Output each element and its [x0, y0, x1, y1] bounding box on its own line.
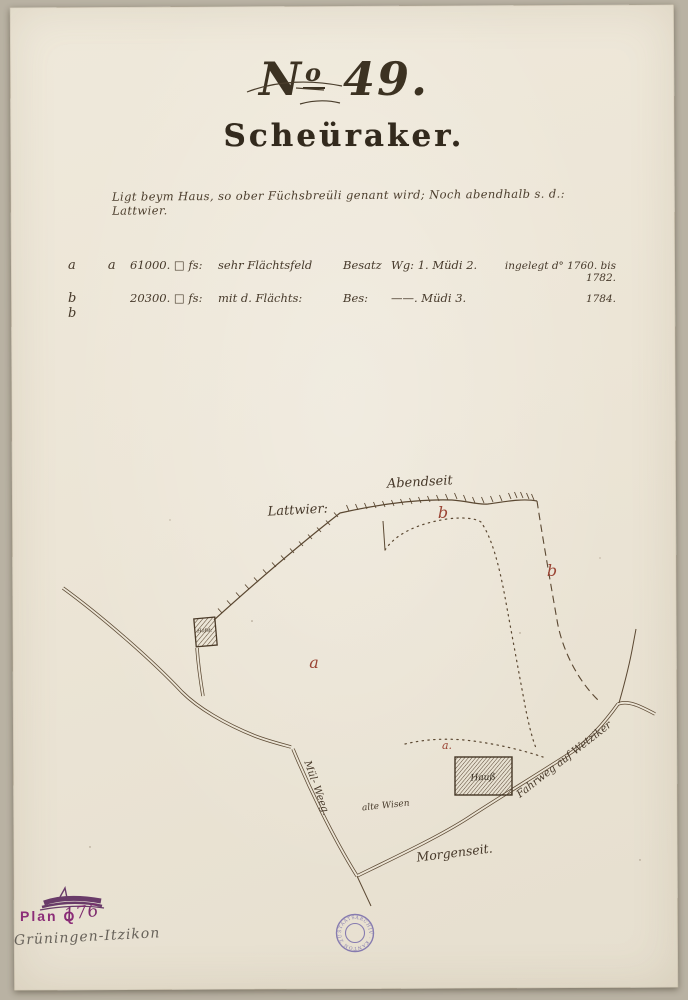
archive-round-stamp: STAATSARCHIV · KANTON ZÜRICH · — [0, 0, 374, 952]
label-abendseit: Abendseit — [386, 473, 454, 492]
label-fahrweg: Fahrweg auf Wetziker — [514, 718, 615, 801]
archive-stamp-text: STAATSARCHIV · KANTON ZÜRICH · — [0, 0, 373, 951]
road-branch-north — [619, 629, 636, 703]
boundary-notch — [383, 521, 385, 550]
title-flourish — [247, 82, 342, 104]
parcel-letter-b-top: b — [438, 503, 448, 522]
inner-boundary-dotted-vertical — [385, 518, 536, 748]
roads — [63, 588, 655, 906]
svg-text:STAATSARCHIV · KANTON ZÜRICH ·: STAATSARCHIV · KANTON ZÜRICH · — [0, 0, 373, 951]
label-alte-wisen: alte Wisen — [362, 799, 411, 814]
parcel-boundary-solid — [214, 500, 537, 620]
cadastral-map-drawing: Hofst: Hauß Abendseit Lattwier: Morgense… — [0, 0, 688, 1000]
building-large-label: Hauß — [469, 772, 496, 783]
parcel-letter-a: a — [309, 653, 319, 672]
building-large: Hauß — [455, 757, 512, 795]
parcel-letter-b-right: b — [547, 561, 557, 580]
label-morgenseit: Morgenseit. — [415, 840, 494, 864]
parcel-boundary-dashed — [537, 501, 599, 701]
road-tail-south — [357, 876, 371, 906]
label-muehlweg: Mül- Weeg. — [301, 758, 331, 817]
boundary-hatch-ticks — [218, 492, 534, 613]
scanned-plan-page: { "header": { "no_letter": "N", "no_sup"… — [0, 0, 688, 1000]
parcel-letter-a-small: a. — [442, 739, 452, 752]
building-small: Hofst: — [194, 617, 217, 647]
label-lattwier: Lattwier: — [266, 501, 328, 519]
inner-boundary-dotted-horizontal — [405, 739, 543, 757]
